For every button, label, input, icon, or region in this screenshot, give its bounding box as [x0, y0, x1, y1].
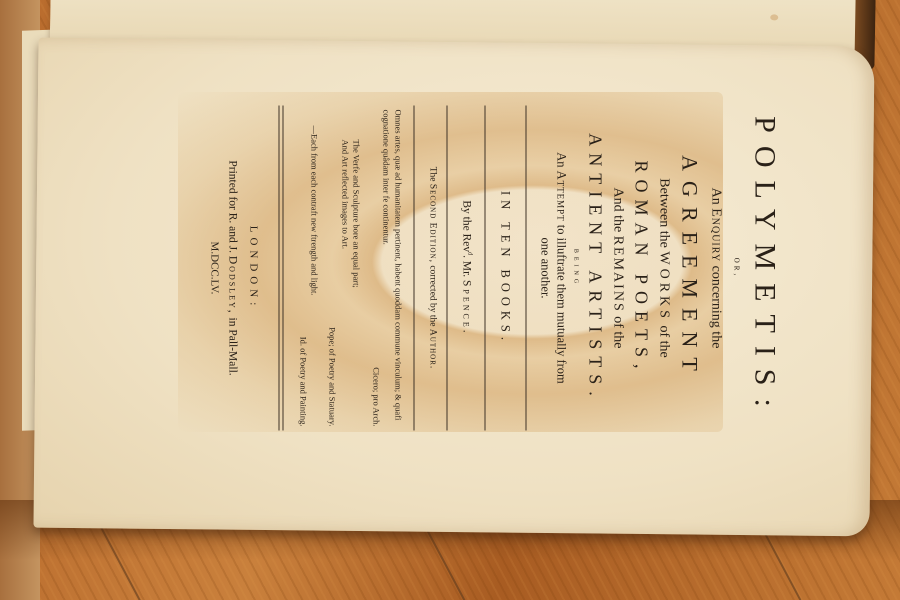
volume-count: IN TEN BOOKS. — [499, 96, 512, 441]
rule-divider — [413, 106, 414, 431]
imprint-city: LONDON: — [247, 96, 258, 441]
subtitle-enquiry: An Enquiry concerning the — [709, 96, 723, 441]
subtitle-remains: And the REMAINS of the — [611, 96, 625, 441]
latin-motto-attribution: Cicero; pro Arch. — [372, 110, 381, 427]
subtitle-roman-poets: ROMAN POETS, — [633, 96, 651, 441]
latin-motto: Omnes artes, quæ ad humanitatem pertinen… — [380, 110, 403, 427]
rule-divider — [485, 106, 486, 431]
verse-line-2: And Art reflected images to Art. — [339, 140, 350, 441]
subtitle-agreement: AGREEMENT — [679, 96, 701, 441]
double-rule-divider — [278, 106, 283, 431]
imprint-publisher: Printed for R. and J. Dodsley, in Pall-M… — [226, 96, 238, 441]
subtitle-one-another: one another. — [540, 96, 553, 441]
subtitle-between: Between the WORKS of the — [657, 96, 671, 441]
title-page-text: POLYMETIS: OR, An Enquiry concerning the… — [196, 96, 786, 441]
verse-line-3: —Each from each contraft new ftrength an… — [310, 126, 319, 441]
rule-divider — [526, 106, 527, 431]
author-line: By the Revd. Mr. Spence. — [461, 96, 473, 441]
subtitle-or: OR, — [733, 96, 740, 441]
subtitle-attempt: An Attempt to illuftrate them mutually f… — [555, 96, 568, 441]
book-title: POLYMETIS: — [750, 96, 780, 441]
verse-line-1: The Verfe and Sculpture bore an equal pa… — [350, 140, 361, 441]
subtitle-being: BEING — [573, 96, 579, 441]
verse-attribution-id: Id. of Poetry and Painting. — [299, 110, 308, 427]
subtitle-antient-artists: ANTIENT ARTISTS. — [587, 96, 605, 441]
rule-divider — [447, 106, 448, 431]
edition-line: The Second Edition, corrected by the Aut… — [427, 96, 437, 441]
verse-attribution-pope: Pope; of Poetry and Statuary. — [328, 110, 337, 427]
imprint-date: M.DCC.LV. — [209, 96, 220, 441]
